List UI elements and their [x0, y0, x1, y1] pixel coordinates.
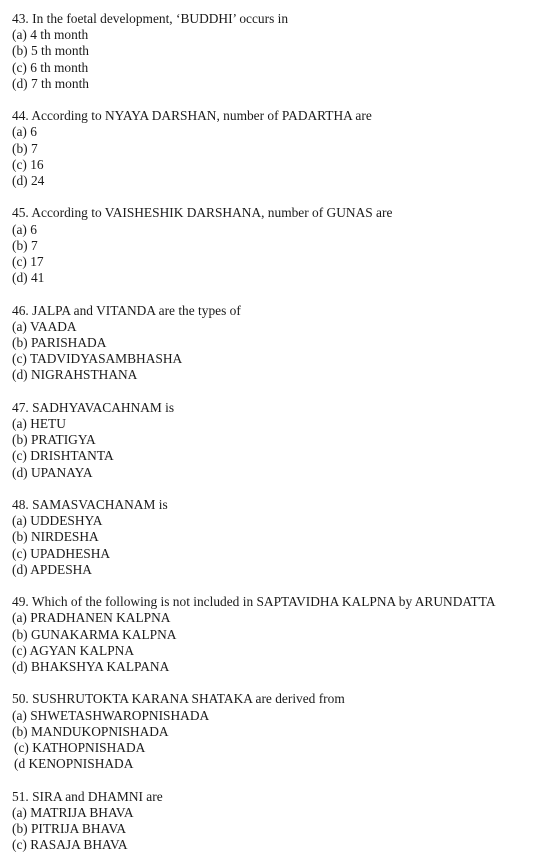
- question-block: 50. SUSHRUTOKTA KARANA SHATAKA are deriv…: [12, 691, 550, 772]
- question-number: 43.: [12, 11, 29, 26]
- question-block: 45. According to VAISHESHIK DARSHANA, nu…: [12, 205, 550, 286]
- question-text: Which of the following is not included i…: [32, 594, 496, 609]
- answer-option: (b) MANDUKOPNISHADA: [12, 724, 550, 740]
- answer-option: (c) 16: [12, 157, 550, 173]
- answer-option: (c) 17: [12, 254, 550, 270]
- answer-option: (d) UPANAYA: [12, 465, 550, 481]
- question-block: 49. Which of the following is not includ…: [12, 594, 550, 675]
- answer-option: (d) 41: [12, 270, 550, 286]
- answer-option: (b) PRATIGYA: [12, 432, 550, 448]
- answer-option: (c) RASAJA BHAVA: [12, 837, 550, 853]
- answer-option: (c) 6 th month: [12, 60, 550, 76]
- answer-option: (c) TADVIDYASAMBHASHA: [12, 351, 550, 367]
- question-stem: 50. SUSHRUTOKTA KARANA SHATAKA are deriv…: [12, 691, 550, 707]
- answer-option: (d) BHAKSHYA KALPANA: [12, 659, 550, 675]
- answer-option: (a) HETU: [12, 416, 550, 432]
- answer-option: (d) APDESHA: [12, 562, 550, 578]
- answer-option: (b) PARISHADA: [12, 335, 550, 351]
- question-text: SIRA and DHAMNI are: [32, 789, 163, 804]
- question-block: 51. SIRA and DHAMNI are(a) MATRIJA BHAVA…: [12, 789, 550, 854]
- question-number: 50.: [12, 691, 29, 706]
- question-text: According to NYAYA DARSHAN, number of PA…: [31, 108, 371, 123]
- answer-option: (a) PRADHANEN KALPNA: [12, 610, 550, 626]
- answer-option: (c) UPADHESHA: [12, 546, 550, 562]
- question-block: 47. SADHYAVACAHNAM is(a) HETU(b) PRATIGY…: [12, 400, 550, 481]
- answer-option: (a) SHWETASHWAROPNISHADA: [12, 708, 550, 724]
- question-number: 49.: [12, 594, 29, 609]
- question-number: 44.: [12, 108, 29, 123]
- question-stem: 46. JALPA and VITANDA are the types of: [12, 303, 550, 319]
- answer-option: (b) 7: [12, 141, 550, 157]
- question-text: SUSHRUTOKTA KARANA SHATAKA are derived f…: [32, 691, 345, 706]
- answer-option: (a) UDDESHYA: [12, 513, 550, 529]
- question-number: 46.: [12, 303, 29, 318]
- question-number: 48.: [12, 497, 29, 512]
- question-stem: 45. According to VAISHESHIK DARSHANA, nu…: [12, 205, 550, 221]
- answer-option: (a) 6: [12, 124, 550, 140]
- answer-option: (b) 5 th month: [12, 43, 550, 59]
- answer-option: (c) KATHOPNISHADA: [12, 740, 550, 756]
- question-number: 47.: [12, 400, 29, 415]
- answer-option: (b) 7: [12, 238, 550, 254]
- answer-option: (d KENOPNISHADA: [12, 756, 550, 772]
- question-stem: 47. SADHYAVACAHNAM is: [12, 400, 550, 416]
- question-block: 43. In the foetal development, ‘BUDDHI’ …: [12, 11, 550, 92]
- question-number: 45.: [12, 205, 29, 220]
- answer-option: (a) MATRIJA BHAVA: [12, 805, 550, 821]
- question-number: 51.: [12, 789, 29, 804]
- question-text: According to VAISHESHIK DARSHANA, number…: [31, 205, 392, 220]
- question-text: SAMASVACHANAM is: [32, 497, 168, 512]
- answer-option: (d) 24: [12, 173, 550, 189]
- question-text: JALPA and VITANDA are the types of: [32, 303, 241, 318]
- question-block: 44. According to NYAYA DARSHAN, number o…: [12, 108, 550, 189]
- answer-option: (b) NIRDESHA: [12, 529, 550, 545]
- answer-option: (b) GUNAKARMA KALPNA: [12, 627, 550, 643]
- answer-option: (d) 7 th month: [12, 76, 550, 92]
- question-block: 46. JALPA and VITANDA are the types of(a…: [12, 303, 550, 384]
- question-stem: 49. Which of the following is not includ…: [12, 594, 550, 610]
- answer-option: (c) AGYAN KALPNA: [12, 643, 550, 659]
- question-text: SADHYAVACAHNAM is: [32, 400, 174, 415]
- answer-option: (a) 4 th month: [12, 27, 550, 43]
- answer-option: (a) VAADA: [12, 319, 550, 335]
- question-stem: 48. SAMASVACHANAM is: [12, 497, 550, 513]
- question-paper: 43. In the foetal development, ‘BUDDHI’ …: [12, 11, 550, 868]
- answer-option: (b) PITRIJA BHAVA: [12, 821, 550, 837]
- answer-option: (a) 6: [12, 222, 550, 238]
- question-stem: 43. In the foetal development, ‘BUDDHI’ …: [12, 11, 550, 27]
- answer-option: (d) NIGRAHSTHANA: [12, 367, 550, 383]
- question-stem: 44. According to NYAYA DARSHAN, number o…: [12, 108, 550, 124]
- question-stem: 51. SIRA and DHAMNI are: [12, 789, 550, 805]
- question-block: 48. SAMASVACHANAM is(a) UDDESHYA(b) NIRD…: [12, 497, 550, 578]
- question-text: In the foetal development, ‘BUDDHI’ occu…: [32, 11, 288, 26]
- answer-option: (c) DRISHTANTA: [12, 448, 550, 464]
